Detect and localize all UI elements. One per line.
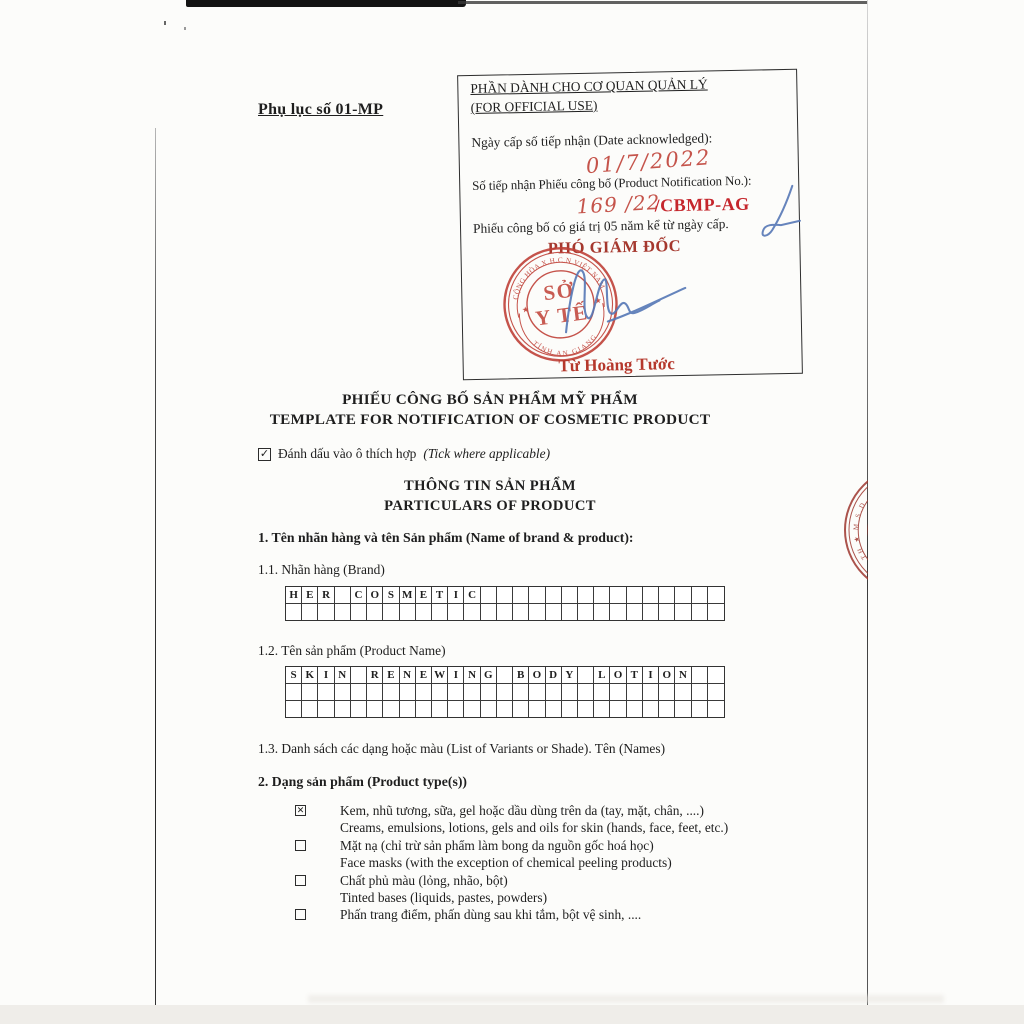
grid-cell: [432, 604, 448, 620]
grid-cell: T: [627, 667, 643, 684]
grid-cell: [578, 667, 594, 684]
grid-cell: [464, 684, 480, 701]
grid-cell: [286, 684, 302, 701]
grid-cell: [318, 701, 334, 717]
grid-cell: [610, 701, 626, 717]
grid-cell: [643, 684, 659, 701]
grid-cell: [335, 587, 351, 604]
grid-cell: S: [383, 587, 399, 604]
grid-cell: [497, 684, 513, 701]
grid-cell: I: [448, 667, 464, 684]
checkbox-empty-icon: [295, 875, 306, 886]
checkbox-empty-icon: [295, 840, 306, 851]
product-type-item: Chất phủ màu (lỏng, nhão, bột): [295, 873, 815, 890]
grid-cell: [659, 587, 675, 604]
grid-cell: [497, 604, 513, 620]
official-box-title-vi: PHẦN DÀNH CHO CƠ QUAN QUẢN LÝ: [470, 76, 708, 97]
product-type-label-vi: Chất phủ màu (lỏng, nhão, bột): [340, 873, 508, 889]
tick-note-label-en: (Tick where applicable): [423, 446, 550, 462]
grid-cell: [610, 604, 626, 620]
form-title-vi: PHIẾU CÔNG BỐ SẢN PHẨM MỸ PHẨM: [155, 391, 825, 409]
grid-cell: [318, 604, 334, 620]
grid-cell: M: [400, 587, 416, 604]
product-type-item: Phấn trang điểm, phấn dùng sau khi tắm, …: [295, 907, 815, 924]
grid-cell: [448, 701, 464, 717]
grid-cell: [692, 701, 708, 717]
notification-number-label: Số tiếp nhận Phiếu công bố (Product Noti…: [472, 174, 751, 194]
grid-cell: [562, 701, 578, 717]
grid-cell: [481, 701, 497, 717]
grid-cell: [448, 604, 464, 620]
checkbox-checked-icon: ✓: [258, 448, 271, 461]
pen-mark-icon: [742, 180, 803, 243]
grid-cell: [627, 587, 643, 604]
signer-name: Từ Hoàng Tước: [519, 353, 715, 377]
grid-cell: [594, 684, 610, 701]
grid-cell: [513, 604, 529, 620]
grid-cell: [448, 684, 464, 701]
grid-cell: [578, 701, 594, 717]
grid-cell: [351, 667, 367, 684]
grid-cell: [302, 604, 318, 620]
grid-cell: [383, 604, 399, 620]
grid-cell: S: [286, 667, 302, 684]
grid-cell: E: [383, 667, 399, 684]
grid-cell: [627, 701, 643, 717]
grid-cell: [286, 604, 302, 620]
grid-cell: N: [675, 667, 691, 684]
product-type-label-en: Creams, emulsions, lotions, gels and oil…: [295, 820, 815, 837]
grid-cell: O: [367, 587, 383, 604]
scan-artifact-top-band: [186, 0, 466, 7]
grid-cell: [481, 684, 497, 701]
grid-cell: [627, 684, 643, 701]
grid-cell: [432, 701, 448, 717]
grid-cell: E: [416, 667, 432, 684]
grid-cell: [513, 684, 529, 701]
grid-cell: [513, 587, 529, 604]
page-left-edge-line: [155, 128, 156, 1005]
grid-cell: L: [594, 667, 610, 684]
grid-cell: [367, 701, 383, 717]
product-type-list: ✕Kem, nhũ tương, sữa, gel hoặc dầu dùng …: [295, 803, 815, 925]
grid-cell: K: [302, 667, 318, 684]
grid-cell: I: [318, 667, 334, 684]
grid-cell: B: [513, 667, 529, 684]
grid-cell: [546, 587, 562, 604]
grid-cell: [708, 604, 724, 620]
grid-cell: [351, 701, 367, 717]
grid-cell: N: [335, 667, 351, 684]
grid-cell: [286, 701, 302, 717]
tick-note: ✓ Đánh dấu vào ô thích hợp (Tick where a…: [258, 446, 550, 462]
grid-cell: [416, 604, 432, 620]
checkbox-checked-icon: ✕: [295, 805, 306, 816]
grid-cell: [416, 684, 432, 701]
grid-cell: [335, 701, 351, 717]
grid-cell: [497, 667, 513, 684]
grid-cell: N: [400, 667, 416, 684]
grid-cell: [546, 684, 562, 701]
grid-cell: [708, 684, 724, 701]
grid-cell: [562, 587, 578, 604]
tick-note-label-vi: Đánh dấu vào ô thích hợp: [278, 446, 416, 462]
date-acknowledged-handwritten-value: 01/7/2022: [585, 145, 712, 178]
grid-cell: [335, 684, 351, 701]
section1-heading: 1. Tên nhãn hàng và tên Sản phẩm (Name o…: [258, 530, 634, 546]
grid-cell: [675, 684, 691, 701]
grid-cell: [594, 604, 610, 620]
grid-cell: N: [464, 667, 480, 684]
grid-cell: C: [351, 587, 367, 604]
product-type-label-en: Tinted bases (liquids, pastes, powders): [295, 890, 815, 907]
grid-cell: [416, 701, 432, 717]
grid-cell: [529, 587, 545, 604]
grid-cell: [464, 604, 480, 620]
product-type-label-vi: Kem, nhũ tương, sữa, gel hoặc dầu dùng t…: [340, 803, 704, 819]
product-type-label-vi: Phấn trang điểm, phấn dùng sau khi tắm, …: [340, 907, 641, 923]
grid-cell: [627, 604, 643, 620]
info-title-vi: THÔNG TIN SẢN PHẨM: [155, 478, 825, 495]
grid-cell: [400, 604, 416, 620]
grid-cell: [497, 587, 513, 604]
grid-cell: [529, 604, 545, 620]
grid-cell: [481, 604, 497, 620]
grid-cell: [578, 587, 594, 604]
grid-cell: C: [464, 587, 480, 604]
grid-cell: I: [643, 667, 659, 684]
grid-cell: R: [318, 587, 334, 604]
grid-cell: [594, 587, 610, 604]
grid-cell: [367, 604, 383, 620]
grid-cell: [383, 684, 399, 701]
grid-cell: [432, 684, 448, 701]
grid-cell: G: [481, 667, 497, 684]
grid-cell: T: [432, 587, 448, 604]
grid-cell: [659, 684, 675, 701]
grid-cell: [464, 701, 480, 717]
info-title-en: PARTICULARS OF PRODUCT: [155, 498, 825, 515]
grid-cell: [367, 684, 383, 701]
grid-cell: [659, 701, 675, 717]
grid-cell: O: [659, 667, 675, 684]
checkbox-empty-icon: [295, 909, 306, 920]
variants-label: 1.3. Danh sách các dạng hoặc màu (List o…: [258, 741, 665, 757]
product-type-label-en: Face masks (with the exception of chemic…: [295, 855, 815, 872]
grid-cell: [675, 701, 691, 717]
grid-cell: [578, 604, 594, 620]
grid-cell: O: [529, 667, 545, 684]
grid-cell: [335, 604, 351, 620]
product-name-character-grid: SKINRENEWINGBODYLOTION: [285, 666, 725, 718]
grid-cell: [302, 684, 318, 701]
grid-cell: D: [546, 667, 562, 684]
grid-cell: [497, 701, 513, 717]
grid-cell: [562, 684, 578, 701]
grid-cell: [594, 701, 610, 717]
edge-partial-stamp-icon: TH ★ M.S.D.N ★: [819, 460, 868, 608]
grid-cell: [692, 587, 708, 604]
product-type-label-vi: Mặt nạ (chỉ trừ sản phẩm làm bong da ngu…: [340, 838, 654, 854]
grid-cell: [610, 587, 626, 604]
grid-cell: [659, 604, 675, 620]
grid-cell: [692, 604, 708, 620]
grid-cell: [529, 701, 545, 717]
official-box-title-en: (FOR OFFICIAL USE): [471, 98, 598, 116]
product-name-label: 1.2. Tên sản phẩm (Product Name): [258, 643, 446, 659]
grid-cell: [400, 684, 416, 701]
grid-cell: [643, 604, 659, 620]
section2-heading: 2. Dạng sản phẩm (Product type(s)): [258, 774, 467, 790]
signature-icon: [546, 248, 708, 351]
grid-cell: O: [610, 667, 626, 684]
grid-cell: [708, 667, 724, 684]
scan-artifact-dot: [184, 27, 186, 30]
grid-cell: [562, 604, 578, 620]
grid-cell: [351, 604, 367, 620]
grid-cell: [708, 701, 724, 717]
seal-star-left-icon: ★: [521, 305, 529, 315]
grid-cell: [708, 587, 724, 604]
grid-cell: [383, 701, 399, 717]
grid-cell: I: [448, 587, 464, 604]
grid-cell: E: [302, 587, 318, 604]
grid-cell: [513, 701, 529, 717]
brand-character-grid: HERCOSMETIC: [285, 586, 725, 621]
grid-cell: R: [367, 667, 383, 684]
grid-cell: [675, 604, 691, 620]
grid-cell: [643, 587, 659, 604]
grid-cell: [351, 684, 367, 701]
scan-artifact-bottom-band: [0, 1005, 1024, 1024]
grid-cell: [481, 587, 497, 604]
scan-artifact-top-line: [458, 1, 868, 4]
grid-cell: [578, 684, 594, 701]
scan-artifact-dot: [164, 21, 166, 25]
grid-cell: E: [416, 587, 432, 604]
grid-cell: [643, 701, 659, 717]
product-type-item: Mặt nạ (chỉ trừ sản phẩm làm bong da ngu…: [295, 838, 815, 855]
official-use-box: PHẦN DÀNH CHO CƠ QUAN QUẢN LÝ (FOR OFFIC…: [457, 69, 803, 380]
grid-cell: [400, 701, 416, 717]
grid-cell: Y: [562, 667, 578, 684]
grid-cell: [546, 701, 562, 717]
grid-cell: W: [432, 667, 448, 684]
form-title-en: TEMPLATE FOR NOTIFICATION OF COSMETIC PR…: [155, 411, 825, 429]
grid-cell: [529, 684, 545, 701]
notification-number-handwritten-value: 169 /22: [576, 190, 661, 218]
scan-artifact-smudge: [308, 995, 944, 1003]
grid-cell: H: [286, 587, 302, 604]
grid-cell: [692, 667, 708, 684]
grid-cell: [318, 684, 334, 701]
brand-label: 1.1. Nhãn hàng (Brand): [258, 562, 385, 578]
appendix-label: Phụ lục số 01-MP: [258, 101, 383, 119]
notification-number-stamped-value: /CBMP-AG: [654, 194, 749, 217]
grid-cell: [692, 684, 708, 701]
product-type-item: ✕Kem, nhũ tương, sữa, gel hoặc dầu dùng …: [295, 803, 815, 820]
grid-cell: [675, 587, 691, 604]
grid-cell: [546, 604, 562, 620]
grid-cell: [302, 701, 318, 717]
grid-cell: [610, 684, 626, 701]
